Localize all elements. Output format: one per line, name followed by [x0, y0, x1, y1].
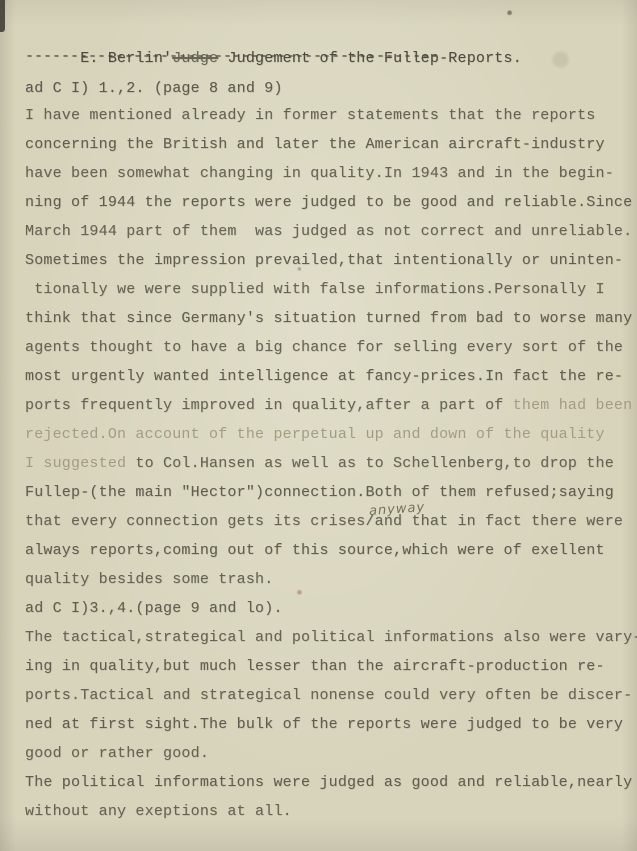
section-reference-1: ad C I) 1.,2. (page 8 and 9): [25, 80, 283, 97]
scan-edge-mark: [0, 0, 5, 32]
text-segment-faded: I suggested: [25, 455, 126, 472]
text-line: Sometimes the impression prevailed,that …: [25, 246, 627, 275]
text-line: Fullep-(the main "Hector")connection.Bot…: [25, 478, 627, 507]
text-line: ned at first sight.The bulk of the repor…: [25, 710, 627, 739]
text-line: most urgently wanted intelligence at fan…: [25, 362, 627, 391]
text-line: quality besides some trash.: [25, 565, 627, 594]
text-line: March 1944 part of them was judged as no…: [25, 217, 627, 246]
handwritten-insertion: anyway: [368, 493, 426, 526]
text-line: agents thought to have a big chance for …: [25, 333, 627, 362]
text-segment-faded: them had been: [513, 397, 633, 414]
text-line: tionally we were supplied with false inf…: [25, 275, 627, 304]
section-reference-2: ad C I)3.,4.(page 9 and lo).: [25, 594, 627, 623]
text-line: ing in quality,but much lesser than the …: [25, 652, 627, 681]
text-line-faded: rejected.On account of the perpetual up …: [25, 420, 627, 449]
text-line: I suggested to Col.Hansen as well as to …: [25, 449, 627, 478]
text-line: ports frequently improved in quality,aft…: [25, 391, 627, 420]
text-segment: ports frequently improved in quality,aft…: [25, 397, 513, 414]
title-underline: ----------------------------------------…: [25, 48, 439, 65]
text-line: The tactical,strategical and political i…: [25, 623, 627, 652]
text-line: without any exeptions at all.: [25, 797, 627, 826]
text-line: good or rather good.: [25, 739, 627, 768]
text-line: think that since Germany's situation tur…: [25, 304, 627, 333]
text-segment: that every connection gets its crises/: [25, 513, 375, 530]
text-line: always reports,coming out of this source…: [25, 536, 627, 565]
text-segment: to Col.Hansen as well as to Schellenberg…: [126, 455, 614, 472]
text-line: ning of 1944 the reports were judged to …: [25, 188, 627, 217]
body-text: I have mentioned already in former state…: [25, 101, 627, 826]
document-page: E. Berlin'Judge Judgement of the Fullep-…: [0, 0, 637, 851]
text-line: I have mentioned already in former state…: [25, 101, 627, 130]
text-line: have been somewhat changing in quality.I…: [25, 159, 627, 188]
text-line: ports.Tactical and strategical nonense c…: [25, 681, 627, 710]
text-line: that every connection gets its crises/an…: [25, 507, 627, 536]
text-line: The political informations were judged a…: [25, 768, 627, 797]
text-line: concerning the British and later the Ame…: [25, 130, 627, 159]
